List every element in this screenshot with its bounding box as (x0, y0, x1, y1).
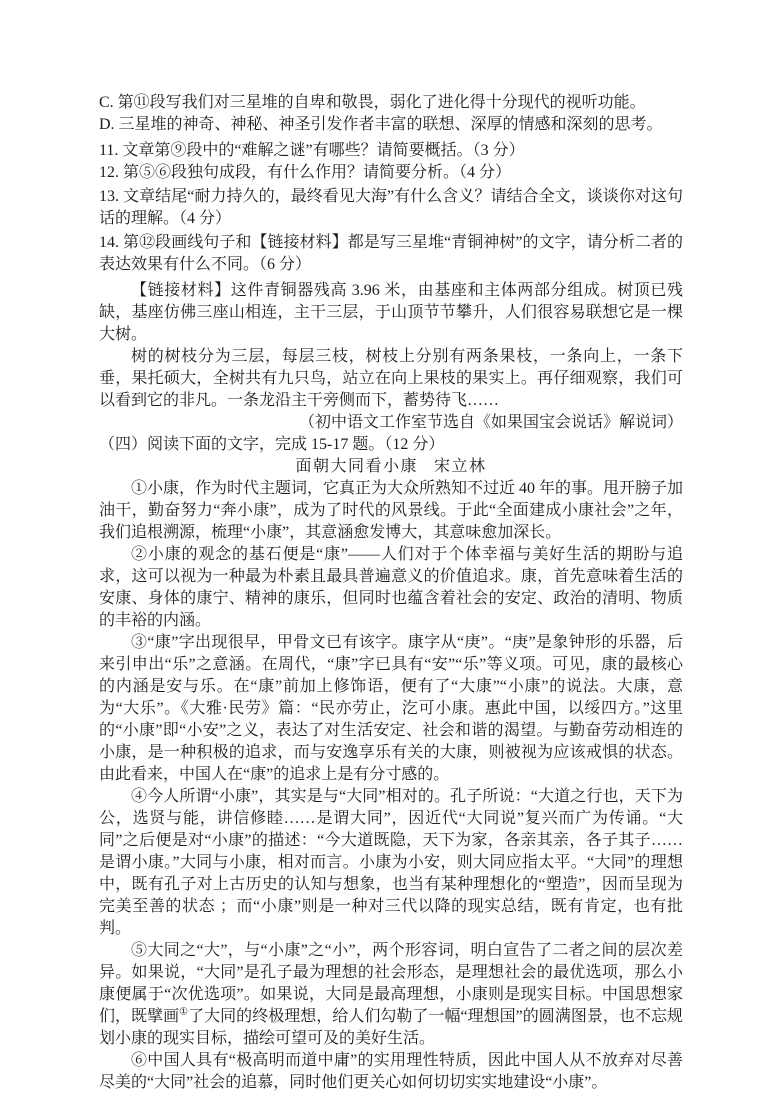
question-13: 13. 文章结尾“耐力持久的，最终看见大海”有什么含义？请结合全文，谈谈你对这句… (99, 186, 683, 230)
article-paragraph-5: ⑤大同之“大”，与“小康”之“小”，两个形容词，明白宣告了二者之间的层次差异。如… (99, 940, 683, 1050)
question-14: 14. 第⑫段画线句子和【链接材料】都是写三星堆“青铜神树”的文字，请分析二者的… (99, 232, 683, 276)
article-paragraph-1: ①小康，作为时代主题词，它真正为大众所熟知不过近 40 年的事。甩开膀子加油干，… (99, 478, 683, 544)
article-author: 宋立林 (434, 458, 487, 475)
option-d: D. 三星堆的神奇、神秘、神圣引发作者丰富的联想、深厚的情感和深刻的思考。 (99, 114, 683, 136)
article-paragraph-6: ⑥中国人具有“极高明而道中庸”的实用理性特质，因此中国人从不放弃对尽善尽美的“大… (99, 1050, 683, 1094)
footnote-marker: ① (179, 1007, 188, 1018)
article-paragraph-3: ③“康”字出现很早，甲骨文已有该字。康字从“庚”。“庚”是象钟形的乐器，后来引申… (99, 632, 683, 786)
linked-material-paragraph-1: 【链接材料】这件青铜器残高 3.96 米，由基座和主体两部分组成。树顶已残缺，基… (99, 280, 683, 346)
exam-document-page: C. 第⑪段写我们对三星堆的自卑和敬畏，弱化了进化得十分现代的视听功能。 D. … (0, 0, 780, 1103)
question-12: 12. 第⑤⑥段独句成段，有什么作用？请简要分析。（4 分） (99, 162, 683, 184)
question-11: 11. 文章第⑨段中的“难解之谜”有哪些？请简要概括。（3 分） (99, 140, 683, 162)
option-c: C. 第⑪段写我们对三星堆的自卑和敬畏，弱化了进化得十分现代的视听功能。 (99, 92, 683, 114)
section-4-heading: （四）阅读下面的文字，完成 15-17 题。（12 分） (99, 434, 683, 456)
article-paragraph-2: ②小康的观念的基石便是“康”——人们对于个体幸福与美好生活的期盼与追求，这可以视… (99, 544, 683, 632)
linked-material-paragraph-2: 树的树枝分为三层，每层三枝，树枝上分别有两条果枝，一条向上，一条下垂，果托硕大，… (99, 346, 683, 412)
article-title: 面朝大同看小康 (295, 458, 418, 475)
article-paragraph-4: ④今人所谓“小康”，其实是与“大同”相对的。孔子所说：“大道之行也，天下为公，选… (99, 786, 683, 940)
text-block: C. 第⑪段写我们对三星堆的自卑和敬畏，弱化了进化得十分现代的视听功能。 D. … (99, 92, 683, 1094)
article-title-line: 面朝大同看小康宋立林 (99, 456, 683, 478)
source-attribution: （初中语文工作室节选自《如果国宝会说话》解说词） (99, 412, 683, 434)
